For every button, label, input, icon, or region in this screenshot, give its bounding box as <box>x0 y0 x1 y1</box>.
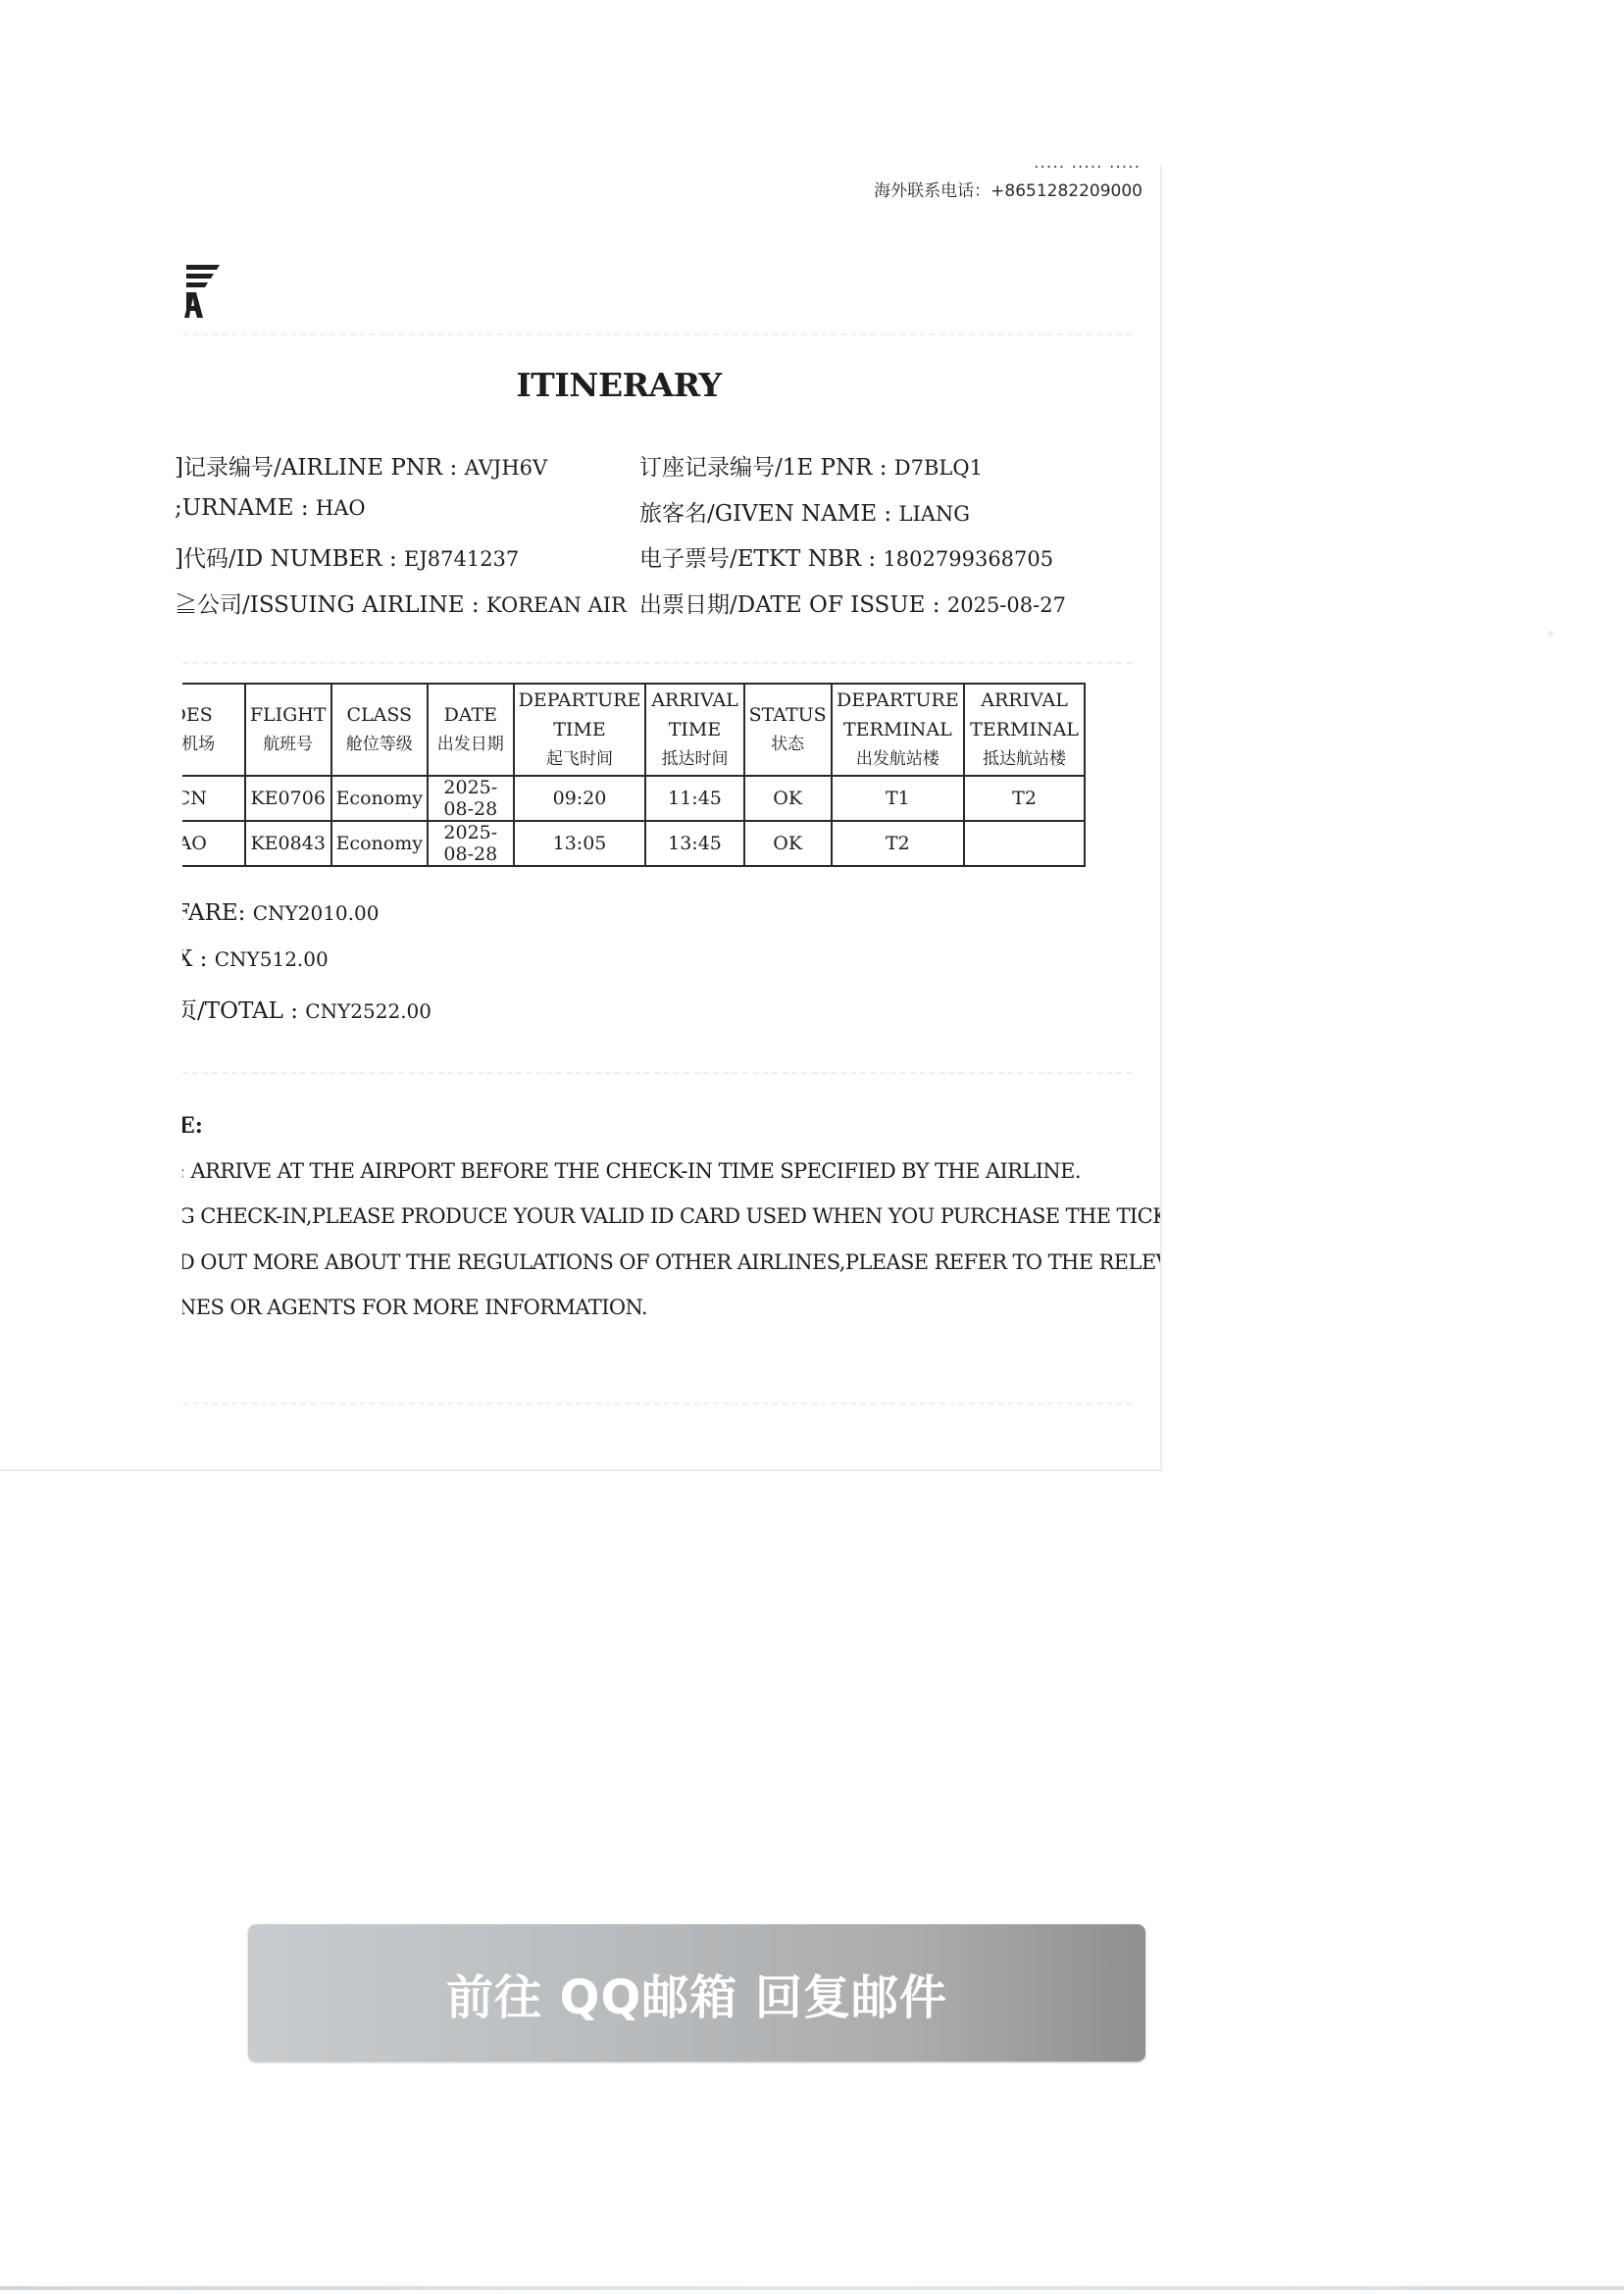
reply-in-qq-mail-button[interactable]: 前往 QQ邮箱 回复邮件 <box>248 1924 1145 2062</box>
col-class: CLASS舱位等级 <box>331 684 428 776</box>
separator <box>182 1072 1132 1074</box>
table-header-row: IN/DES།/抵达机场 FLIGHT航班号 CLASS舱位等级 DATE出发日… <box>182 684 1085 776</box>
fare-tax: X : CNY512.00 <box>182 946 329 972</box>
col-status: STATUS状态 <box>744 684 832 776</box>
col-departure-time: DEPARTURE TIME起飞时间 <box>514 684 646 776</box>
col-date: DATE出发日期 <box>428 684 514 776</box>
col-flight: FLIGHT航班号 <box>245 684 331 776</box>
col-origin-destination: IN/DES།/抵达机场 <box>182 684 245 776</box>
separator <box>182 1402 1132 1404</box>
table-row: '/TAO KE0843 Economy 2025-08-28 13:05 13… <box>182 821 1085 866</box>
fare-base: FARE: CNY2010.00 <box>182 900 379 926</box>
scan-speck <box>1548 631 1553 637</box>
notice-line: ; ARRIVE AT THE AIRPORT BEFORE THE CHECK… <box>182 1159 1081 1183</box>
table-row: I/ICN KE0706 Economy 2025-08-28 09:20 11… <box>182 776 1085 821</box>
col-departure-terminal: DEPARTURE TERMINAL出发航站楼 <box>832 684 964 776</box>
flight-table-clip: IN/DES།/抵达机场 FLIGHT航班号 CLASS舱位等级 DATE出发日… <box>182 165 1160 1469</box>
itinerary-document: ····· ····· ····· 海外联系电话：+8651282209000 … <box>0 165 1162 1471</box>
notice-title: E: <box>182 1113 203 1139</box>
col-arrival-terminal: ARRIVAL TERMINAL抵达航站楼 <box>964 684 1085 776</box>
bottom-divider <box>0 2286 1624 2290</box>
notice-line: G CHECK-IN,PLEASE PRODUCE YOUR VALID ID … <box>182 1204 1160 1228</box>
notice-line: NES OR AGENTS FOR MORE INFORMATION. <box>182 1296 647 1319</box>
flight-table: IN/DES།/抵达机场 FLIGHT航班号 CLASS舱位等级 DATE出发日… <box>182 683 1086 867</box>
fare-total: 页/TOTAL : CNY2522.00 <box>182 993 431 1025</box>
notice-line: D OUT MORE ABOUT THE REGULATIONS OF OTHE… <box>182 1250 1160 1274</box>
col-arrival-time: ARRIVAL TIME抵达时间 <box>645 684 743 776</box>
